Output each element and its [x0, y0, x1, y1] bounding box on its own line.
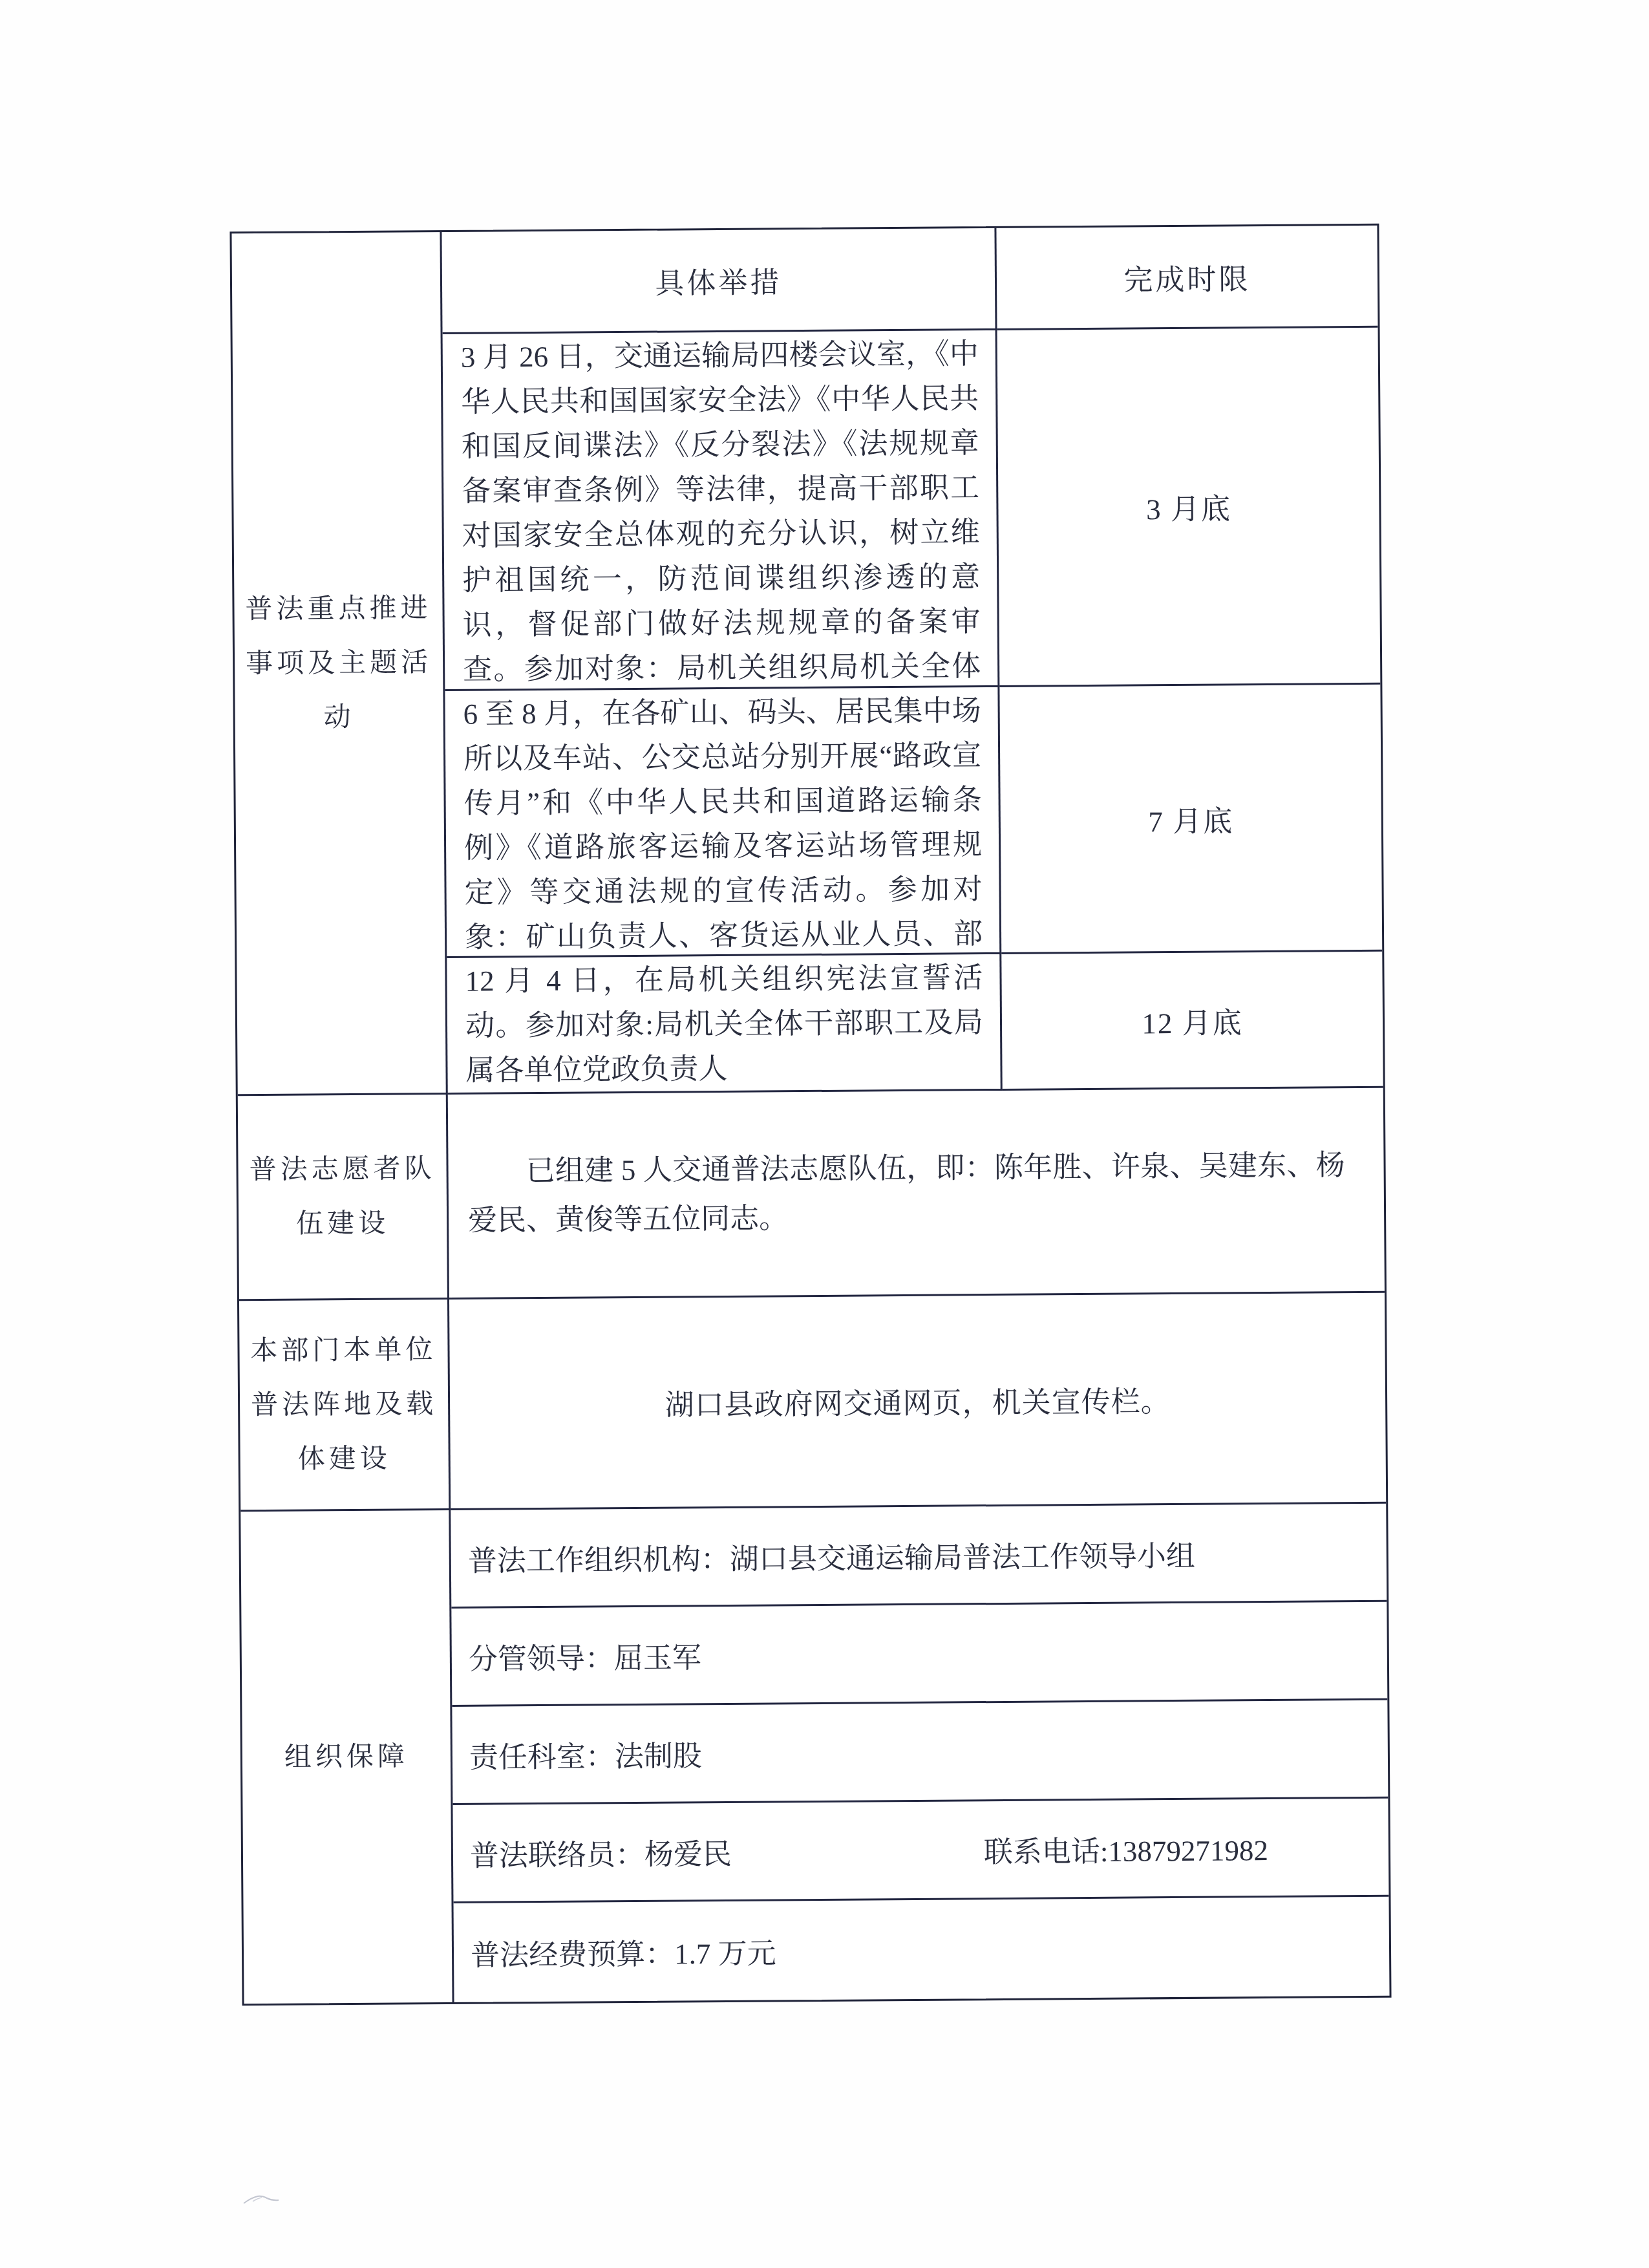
- volunteer-team-label: 普法志愿者队伍建设: [238, 1095, 449, 1301]
- org-row-liaison: 普法联络员：杨爱民 联系电话:13879271982: [452, 1799, 1388, 1903]
- volunteer-team-text: 已组建 5 人交通普法志愿队伍，即：陈年胜、许泉、吴建东、杨爱民、黄俊等五位同志…: [467, 1140, 1345, 1245]
- activity-text-3: 12 月 4 日，在局机关组织宪法宣誓活动。参加对象:局机关全体干部职工及局属各…: [447, 954, 1002, 1095]
- volunteer-team-content: 已组建 5 人交通普法志愿队伍，即：陈年胜、许泉、吴建东、杨爱民、黄俊等五位同志…: [448, 1088, 1385, 1300]
- activity-text-2: 6 至 8 月，在各矿山、码头、居民集中场所以及车站、公交总站分别开展“路政宣传…: [445, 687, 1001, 958]
- platforms-label: 本部门本单位普法阵地及载体建设: [239, 1300, 451, 1512]
- key-activities-label: 普法重点推进事项及主题活动: [231, 232, 447, 1096]
- org-leader-text: 分管领导：屈玉军: [469, 1634, 701, 1678]
- activity-deadline-3: 12 月底: [1001, 952, 1383, 1091]
- org-liaison-text: 普法联络员：杨爱民: [470, 1830, 732, 1874]
- org-budget-text: 普法经费预算：1.7 万元: [471, 1929, 776, 1973]
- pencil-mark-icon: [242, 2192, 281, 2207]
- org-row-institution: 普法工作组织机构：湖口县交通运输局普法工作领导小组: [451, 1504, 1387, 1609]
- organization-label: 组织保障: [240, 1510, 454, 2004]
- org-row-leader: 分管领导：屈玉军: [451, 1602, 1387, 1707]
- column-header-measures: 具体举措: [442, 228, 997, 334]
- activity-deadline-2: 7 月底: [999, 685, 1382, 954]
- org-institution-text: 普法工作组织机构：湖口县交通运输局普法工作领导小组: [468, 1532, 1195, 1579]
- org-row-department: 责任科室：法制股: [452, 1700, 1388, 1805]
- org-liaison-phone: 联系电话:13879271982: [984, 1826, 1268, 1870]
- platforms-content: 湖口县政府网交通网页，机关宣传栏。: [449, 1293, 1386, 1510]
- activity-text-1: 3 月 26 日，交通运输局四楼会议室，《中华人民共和国国家安全法》《中华人民共…: [443, 330, 1000, 691]
- scanned-page: 普法重点推进事项及主题活动 具体举措 完成时限 3 月 26 日，交通运输局四楼…: [0, 0, 1649, 2268]
- activity-deadline-1: 3 月底: [997, 328, 1381, 687]
- column-header-deadline: 完成时限: [996, 226, 1378, 330]
- org-department-text: 责任科室：法制股: [469, 1732, 702, 1776]
- org-row-budget: 普法经费预算：1.7 万元: [454, 1897, 1390, 2002]
- work-plan-table: 普法重点推进事项及主题活动 具体举措 完成时限 3 月 26 日，交通运输局四楼…: [229, 224, 1391, 2006]
